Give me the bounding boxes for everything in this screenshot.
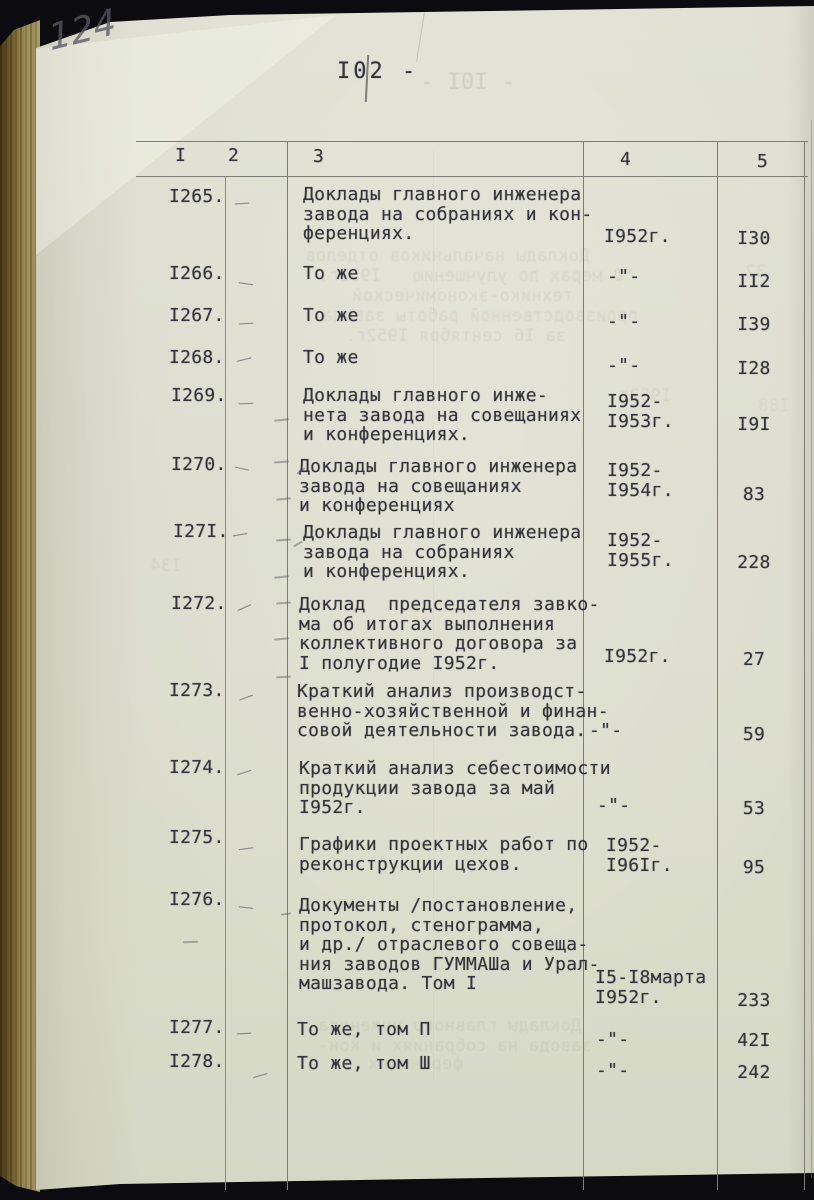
book-binding-edge xyxy=(0,0,40,1200)
row-description: То же xyxy=(303,348,359,368)
row-description: Краткий анализ себестоимости продукции з… xyxy=(299,759,611,818)
row-pages: I30 xyxy=(700,229,808,249)
row-number: I277. xyxy=(169,1018,225,1038)
bleedthrough-text: за I6 сентября I952г. xyxy=(345,326,566,346)
row-number: I274. xyxy=(169,758,225,778)
column-header-2: 2 xyxy=(228,146,239,166)
row-number: I275. xyxy=(169,828,225,848)
page-edge-line xyxy=(811,120,812,1178)
pencil-mark: — xyxy=(238,318,255,329)
row-description: Доклады главного инженера завода на собр… xyxy=(303,185,593,244)
bleedthrough-text: I88 xyxy=(758,396,790,416)
row-date: -"- xyxy=(607,267,640,287)
pencil-mark: — xyxy=(235,599,254,615)
column-header-4: 4 xyxy=(620,150,631,170)
pencil-mark: — xyxy=(237,842,254,854)
row-date: -"- xyxy=(596,1061,629,1081)
row-pages: 233 xyxy=(700,991,808,1011)
row-number: I268. xyxy=(169,348,225,368)
row-description: Доклады главного инженера завода на собр… xyxy=(303,523,581,582)
row-pages: I28 xyxy=(700,359,808,379)
pencil-mark: — xyxy=(238,901,255,913)
bleedthrough-text: "О мерах по улучшению I952г. xyxy=(318,266,634,286)
row-number: I276. xyxy=(169,890,225,910)
row-number: I273. xyxy=(169,681,225,701)
row-pages: I9I xyxy=(700,415,808,435)
column-header-5: 5 xyxy=(757,152,768,172)
row-date: I952г. xyxy=(604,227,671,247)
pencil-mark: — xyxy=(251,1068,269,1082)
row-date: -"- xyxy=(597,796,630,816)
row-pages: 95 xyxy=(700,858,808,878)
scanned-archive-page: - I0I - Доклады начальников отделов "О м… xyxy=(0,0,814,1200)
table-line xyxy=(225,177,226,1190)
row-date: -"- xyxy=(596,1030,629,1050)
pencil-mark: — xyxy=(237,277,254,289)
row-pages: 228 xyxy=(700,553,808,573)
bleedthrough-text: - I0I - xyxy=(420,70,515,95)
row-pages: 42I xyxy=(700,1031,808,1051)
table-line xyxy=(136,176,808,177)
row-number: I272. xyxy=(171,594,227,614)
row-date: I952г. xyxy=(604,647,671,667)
table-line xyxy=(136,141,808,142)
row-date: I952- I953г. xyxy=(607,392,674,431)
pencil-mark: — xyxy=(238,398,254,409)
row-description: То же xyxy=(303,306,359,326)
row-pages: I39 xyxy=(700,315,808,335)
row-number: I278. xyxy=(169,1052,225,1072)
pencil-mark: — xyxy=(235,765,253,779)
row-pages: 83 xyxy=(700,485,808,505)
row-description: Доклад председателя завко- ма об итогах … xyxy=(299,595,600,673)
row-date: I952- I954г. xyxy=(607,461,674,500)
row-pages: 27 xyxy=(700,650,808,670)
bleedthrough-text: I34 xyxy=(150,556,182,576)
row-number: I269. xyxy=(171,386,227,406)
row-date: I5-I8марта I952г. xyxy=(595,968,706,1007)
row-description: То же, том Ш xyxy=(297,1054,431,1074)
row-description: Доклады главного инже- нета завода на со… xyxy=(303,386,581,445)
pencil-mark: — xyxy=(237,690,255,705)
row-number: I266. xyxy=(169,264,225,284)
pencil-mark: — xyxy=(231,528,248,541)
row-description: Документы /постановление, протокол, стен… xyxy=(299,896,600,994)
row-description: Краткий анализ производст- венно-хозяйст… xyxy=(297,682,609,741)
pencil-mark: — xyxy=(236,1028,253,1039)
column-header-1: I xyxy=(175,146,186,166)
pencil-mark: — xyxy=(234,197,251,208)
pencil-mark: — xyxy=(233,461,251,474)
row-pages: 59 xyxy=(700,725,808,745)
row-date: I952- I955г. xyxy=(607,531,674,570)
row-description: То же, том П xyxy=(297,1020,431,1040)
column-header-3: 3 xyxy=(313,147,324,167)
bleedthrough-text: технико-экономической xyxy=(352,286,573,306)
pencil-mark: — xyxy=(235,352,253,366)
row-pages: 242 xyxy=(700,1063,808,1083)
row-date: -"- xyxy=(607,356,640,376)
page-number: I02 - xyxy=(337,62,418,82)
row-number: I270. xyxy=(171,455,227,475)
table-line xyxy=(287,141,288,1190)
row-number: I265. xyxy=(169,187,225,207)
row-date: -"- xyxy=(589,721,622,741)
row-date: -"- xyxy=(607,312,640,332)
row-description: То же xyxy=(303,264,359,284)
bleedthrough-text: производственной работы завода xyxy=(322,306,638,326)
row-description: Доклады главного инженера завода на сове… xyxy=(299,457,577,516)
row-pages: II2 xyxy=(700,272,808,292)
row-number: I27I. xyxy=(173,522,229,542)
row-pages: 53 xyxy=(700,799,808,819)
row-date: I952- I96Iг. xyxy=(606,836,673,875)
row-number: I267. xyxy=(169,306,225,326)
row-description: Графики проектных работ по реконструкции… xyxy=(299,835,589,874)
